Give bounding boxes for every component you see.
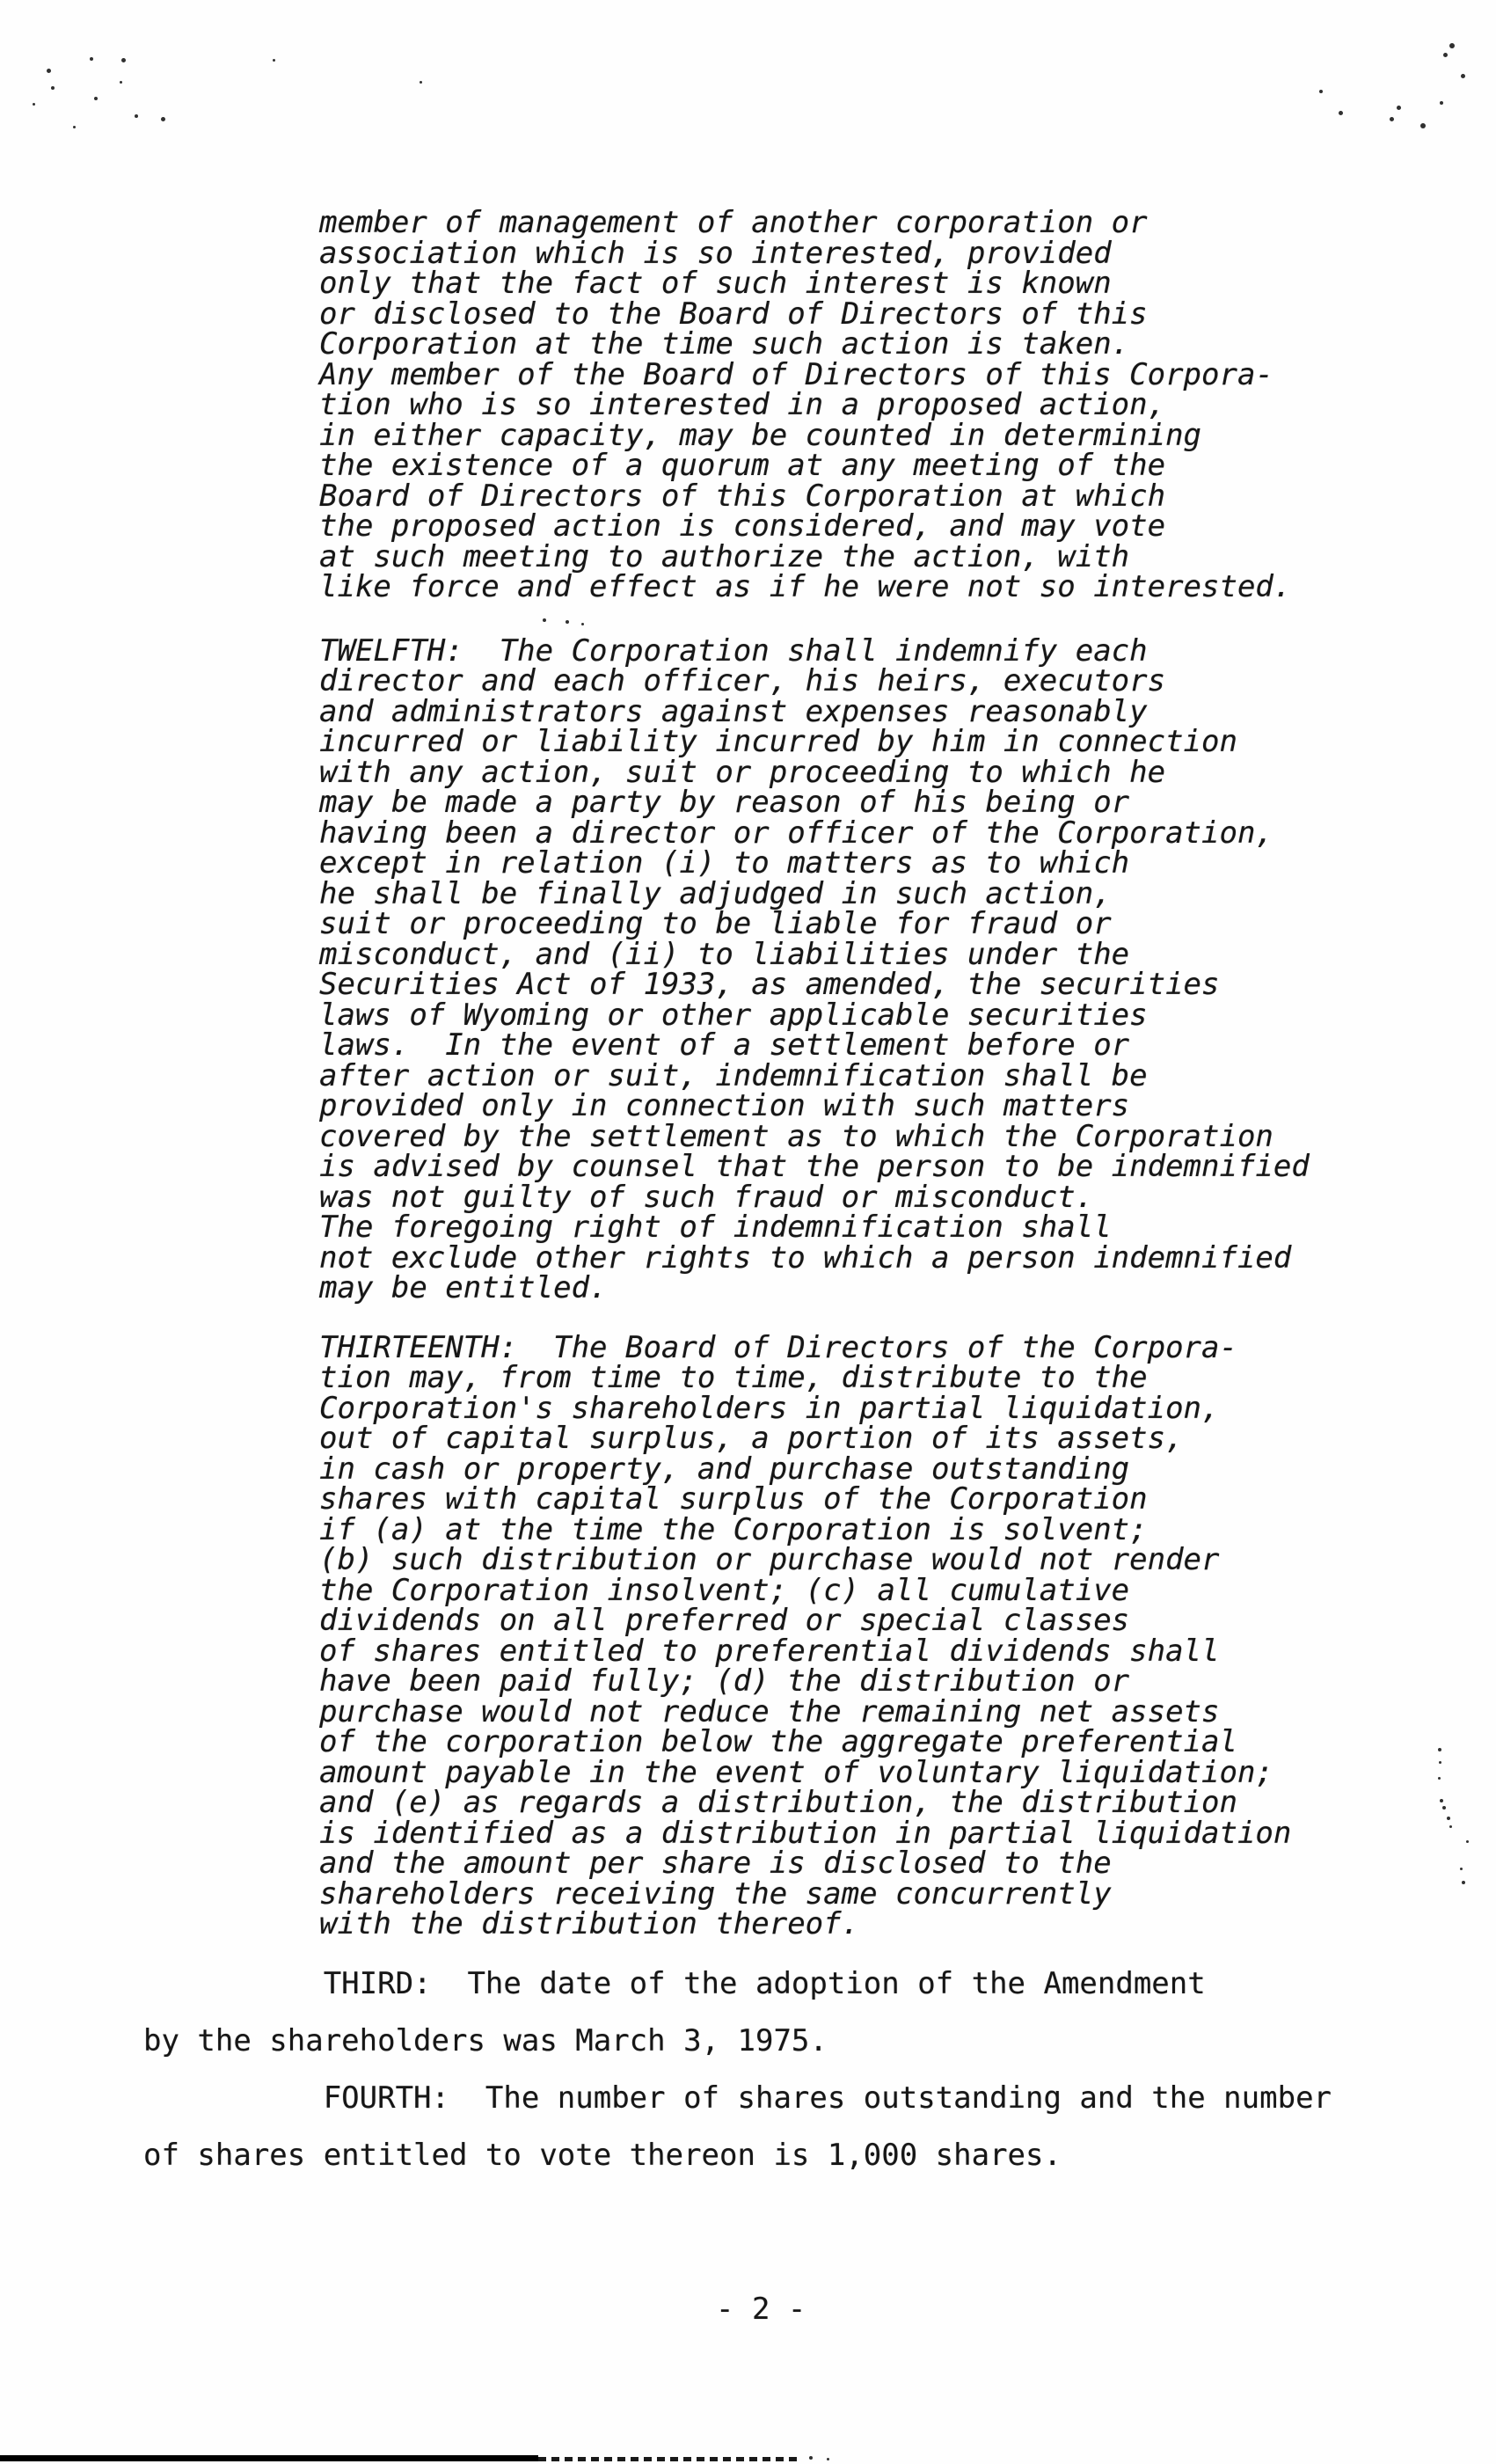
scan-speck [90, 57, 93, 61]
text-line: the Corporation insolvent; (c) all cumul… [319, 1576, 1375, 1606]
text-line: with the distribution thereof. [319, 1909, 1375, 1940]
scan-edge-bar-dotted [538, 2457, 802, 2461]
scan-speck [1462, 1881, 1465, 1884]
text-line: Board of Directors of this Corporation a… [319, 481, 1375, 512]
paragraph-fourth-clause: FOURTH: The number of shares outstanding… [143, 2083, 1445, 2170]
scan-speck [1466, 1840, 1469, 1843]
text-line: The foregoing right of indemnification s… [319, 1212, 1375, 1243]
text-line: having been a director or officer of the… [319, 818, 1375, 849]
text-line: out of capital surplus, a portion of its… [319, 1423, 1375, 1454]
text-line: like force and effect as if he were not … [319, 572, 1375, 603]
text-line: of shares entitled to preferential divid… [319, 1636, 1375, 1667]
text-line: was not guilty of such fraud or miscondu… [319, 1182, 1375, 1213]
text-line: Corporation's shareholders in partial li… [319, 1393, 1375, 1424]
typed-body: member of management of another corporat… [319, 208, 1375, 1940]
scan-speck [1440, 1799, 1443, 1802]
paragraph-third-clause: THIRD: The date of the adoption of the A… [143, 1969, 1445, 2056]
scan-speck [1397, 106, 1401, 110]
text-line: the proposed action is considered, and m… [319, 511, 1375, 542]
scan-speck [566, 620, 569, 624]
text-line: tion may, from time to time, distribute … [319, 1363, 1375, 1393]
scan-edge-bar [0, 2455, 538, 2461]
scan-speck [543, 618, 546, 622]
text-line: with any action, suit or proceeding to w… [319, 757, 1375, 788]
scan-speck [161, 117, 165, 121]
text-line: not exclude other rights to which a pers… [319, 1243, 1375, 1274]
text-line: association which is so interested, prov… [319, 238, 1375, 269]
text-line: if (a) at the time the Corporation is so… [319, 1515, 1375, 1546]
text-line: THIRTEENTH: The Board of Directors of th… [319, 1333, 1375, 1364]
scan-speck [1442, 1806, 1446, 1810]
scan-speck [33, 103, 35, 106]
scan-speck [273, 59, 275, 62]
scan-speck [1438, 1748, 1441, 1751]
scan-speck [120, 81, 122, 84]
text-line: and (e) as regards a distribution, the d… [319, 1788, 1375, 1818]
text-line: of the corporation below the aggregate p… [319, 1727, 1375, 1758]
text-line: amount payable in the event of voluntary… [319, 1758, 1375, 1788]
text-line: may be made a party by reason of his bei… [319, 787, 1375, 818]
text-line: Any member of the Board of Directors of … [319, 360, 1375, 391]
text-line: by the shareholders was March 3, 1975. [143, 2026, 1445, 2056]
text-line: may be entitled. [319, 1273, 1375, 1304]
text-line: of shares entitled to vote thereon is 1,… [143, 2140, 1445, 2170]
text-line: only that the fact of such interest is k… [319, 268, 1375, 299]
scan-speck [1447, 1817, 1450, 1820]
scanned-document-page: member of management of another corporat… [0, 0, 1496, 2464]
text-line: misconduct, and (ii) to liabilities unde… [319, 940, 1375, 970]
text-line: is identified as a distribution in parti… [319, 1818, 1375, 1849]
text-line: purchase would not reduce the remaining … [319, 1697, 1375, 1728]
text-line: member of management of another corporat… [319, 208, 1375, 238]
scan-speck [1460, 1868, 1463, 1870]
scan-speck [1440, 101, 1443, 105]
text-line: shareholders receiving the same concurre… [319, 1879, 1375, 1910]
scan-speck [1319, 90, 1323, 93]
scan-speck [51, 86, 55, 90]
scan-speck [809, 2456, 813, 2460]
paragraph-eleventh-article-continuation: member of management of another corporat… [319, 208, 1375, 603]
text-line: tion who is so interested in a proposed … [319, 390, 1375, 420]
scan-speck [1339, 111, 1343, 115]
scan-speck [420, 81, 422, 84]
paragraph-twelfth-article: TWELFTH: The Corporation shall indemnify… [319, 636, 1375, 1304]
text-line: laws. In the event of a settlement befor… [319, 1030, 1375, 1061]
paragraph-thirteenth-article: THIRTEENTH: The Board of Directors of th… [319, 1333, 1375, 1940]
scan-speck [1438, 1777, 1441, 1780]
text-line: laws of Wyoming or other applicable secu… [319, 1000, 1375, 1031]
scan-speck [1390, 117, 1394, 121]
scan-speck [47, 69, 51, 73]
scan-speck [121, 58, 126, 62]
text-line: shares with capital surplus of the Corpo… [319, 1484, 1375, 1515]
text-line: is advised by counsel that the person to… [319, 1152, 1375, 1182]
text-line: at such meeting to authorize the action,… [319, 542, 1375, 573]
text-line: THIRD: The date of the adoption of the A… [143, 1969, 1445, 1999]
text-line: dividends on all preferred or special cl… [319, 1605, 1375, 1636]
scan-speck [1420, 123, 1426, 128]
scan-speck [827, 2458, 829, 2460]
text-line: in either capacity, may be counted in de… [319, 420, 1375, 451]
text-line: (b) such distribution or purchase would … [319, 1545, 1375, 1576]
text-line: director and each officer, his heirs, ex… [319, 666, 1375, 697]
text-line: TWELFTH: The Corporation shall indemnify… [319, 636, 1375, 667]
text-line: after action or suit, indemnification sh… [319, 1061, 1375, 1092]
text-line: have been paid fully; (d) the distributi… [319, 1666, 1375, 1697]
text-line: or disclosed to the Board of Directors o… [319, 299, 1375, 330]
scan-speck [135, 114, 138, 118]
page-number: - 2 - [716, 2292, 806, 2327]
text-line: covered by the settlement as to which th… [319, 1122, 1375, 1152]
text-line: suit or proceeding to be liable for frau… [319, 909, 1375, 940]
text-line: the existence of a quorum at any meeting… [319, 450, 1375, 481]
text-line: incurred or liability incurred by him in… [319, 727, 1375, 757]
scan-speck [94, 97, 98, 100]
text-line: provided only in connection with such ma… [319, 1091, 1375, 1122]
text-line: Securities Act of 1933, as amended, the … [319, 969, 1375, 1000]
scan-speck [1449, 1825, 1452, 1828]
scan-speck [1461, 74, 1465, 78]
text-line: FOURTH: The number of shares outstanding… [143, 2083, 1445, 2113]
text-line: and the amount per share is disclosed to… [319, 1848, 1375, 1879]
scan-speck [581, 623, 584, 625]
scan-speck [1443, 53, 1448, 57]
scan-speck [1449, 43, 1455, 48]
text-line: Corporation at the time such action is t… [319, 329, 1375, 360]
closing-block: THIRD: The date of the adoption of the A… [143, 1969, 1445, 2197]
text-line: and administrators against expenses reas… [319, 697, 1375, 728]
text-line: he shall be finally adjudged in such act… [319, 879, 1375, 910]
scan-speck [1439, 1761, 1441, 1764]
text-line: except in relation (i) to matters as to … [319, 848, 1375, 879]
text-line: in cash or property, and purchase outsta… [319, 1454, 1375, 1485]
scan-speck [73, 126, 76, 128]
